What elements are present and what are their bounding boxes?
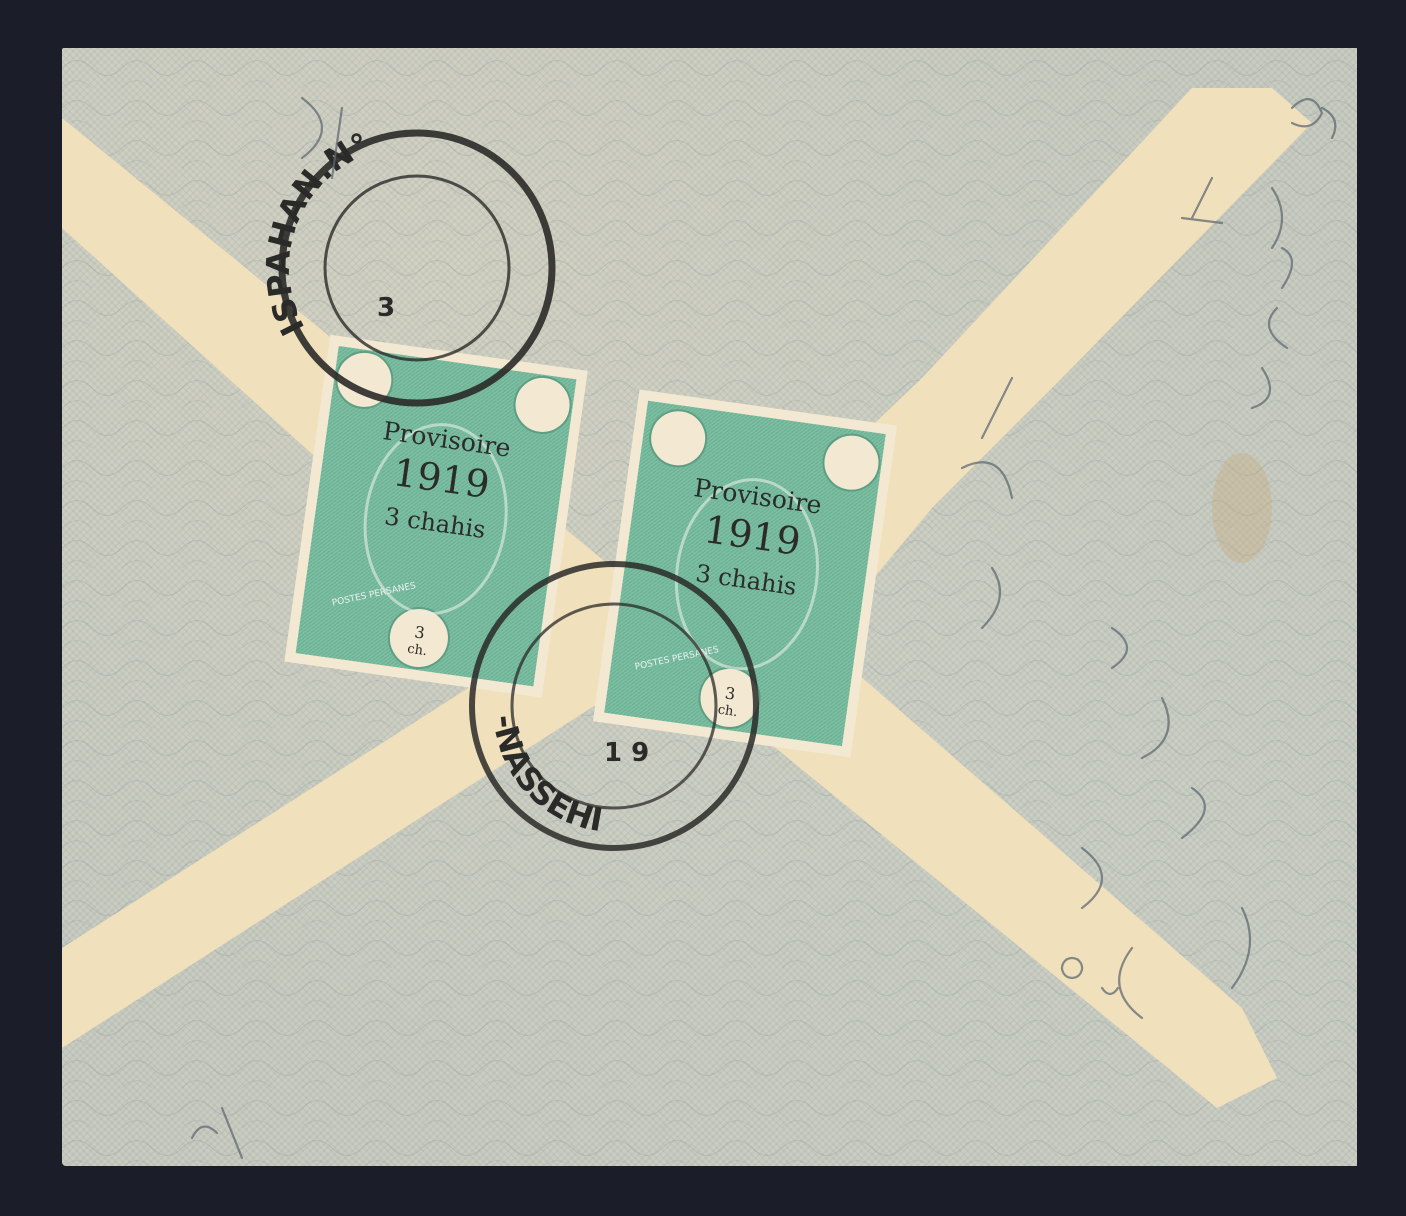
svg-text:1 9: 1 9 <box>604 738 649 768</box>
svg-text:3: 3 <box>377 293 395 323</box>
svg-text:ch.: ch. <box>717 703 739 721</box>
stamp-1: Provisoire 1919 3 chahis 3 ch. POSTES PE… <box>284 335 587 698</box>
envelope-back: Provisoire 1919 3 chahis 3 ch. POSTES PE… <box>62 48 1357 1166</box>
stain <box>1212 453 1272 563</box>
svg-text:ch.: ch. <box>406 642 428 660</box>
stamp-2: Provisoire 1919 3 chahis 3 ch. POSTES PE… <box>593 389 897 757</box>
envelope-artwork: Provisoire 1919 3 chahis 3 ch. POSTES PE… <box>62 48 1357 1166</box>
